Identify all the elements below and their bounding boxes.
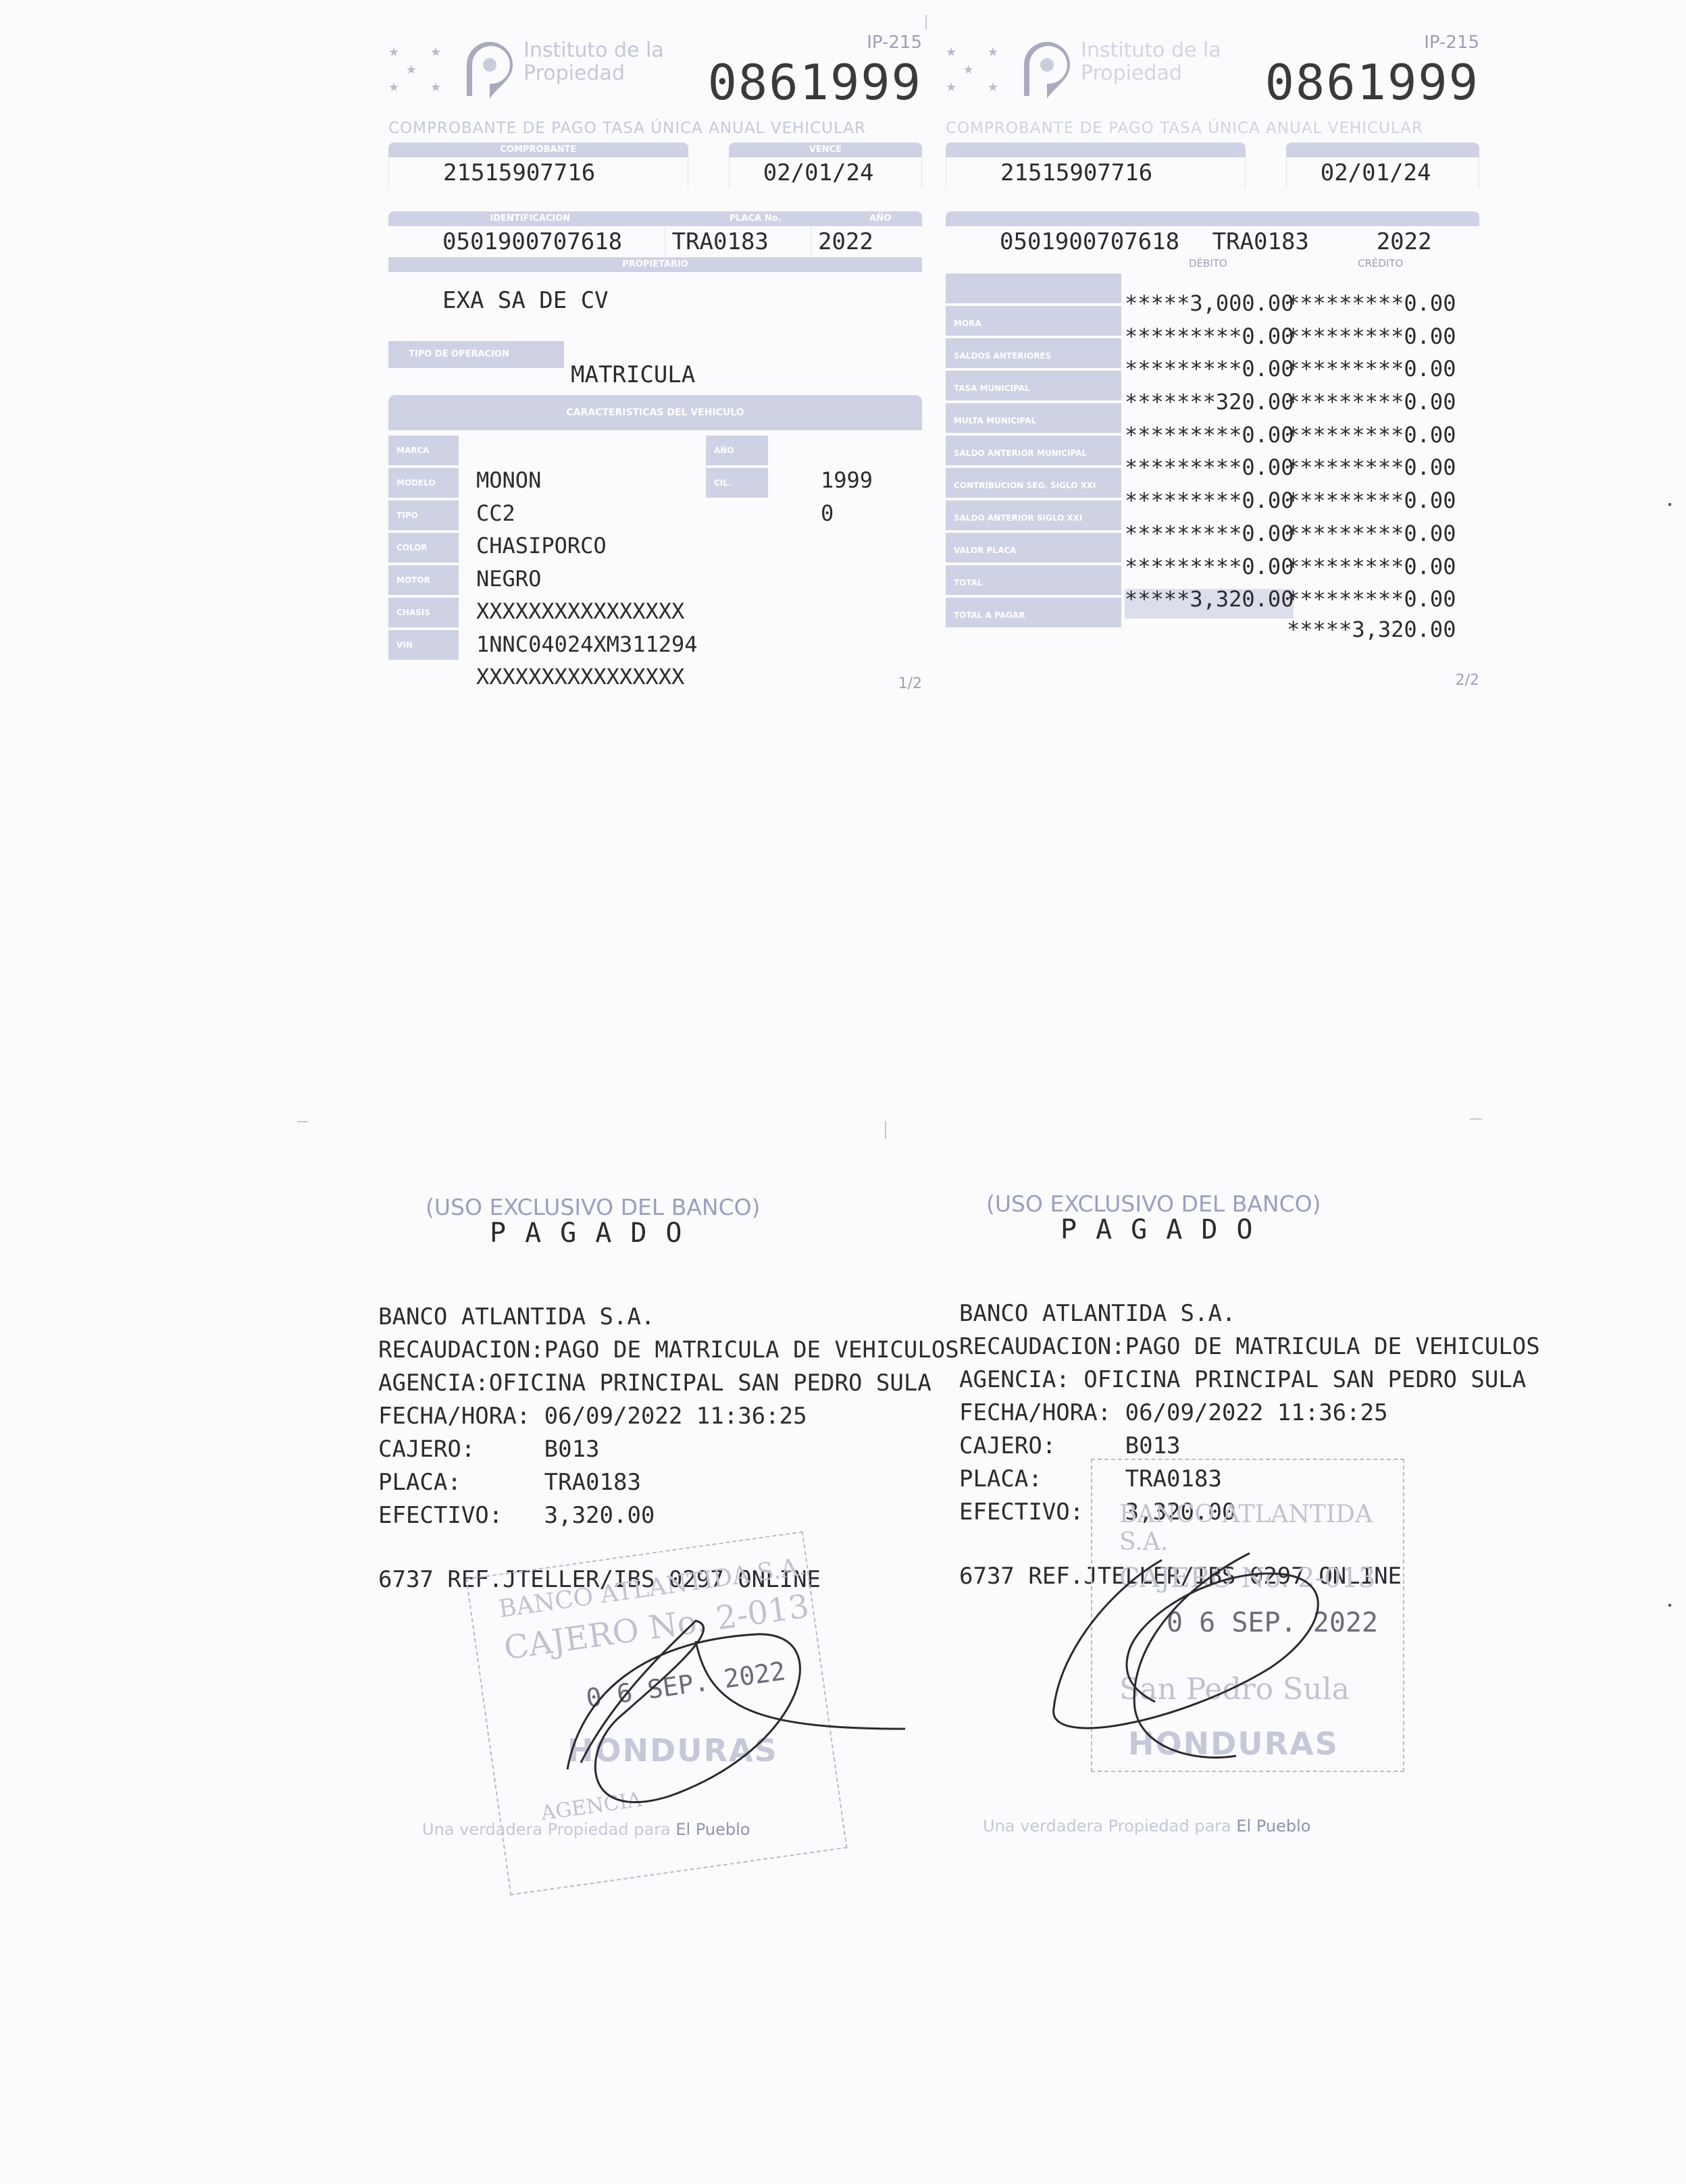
debit-value: *********0.00: [1125, 419, 1287, 452]
anio-value: 2022: [1350, 226, 1479, 257]
receipt-line: PLACA: TRA0183: [378, 1466, 932, 1499]
page-number: 1/2: [898, 675, 922, 692]
scan-mark: [1470, 1118, 1482, 1120]
form-code: IP-215: [1424, 32, 1479, 53]
ticket-header: ★ ★ ★★ ★ Instituto de la Propiedad IP-21…: [946, 27, 1479, 118]
signature-2: [1047, 1546, 1398, 1769]
scan-dot: [1668, 1604, 1671, 1607]
amount-row: *******320.00*********0.00: [1125, 386, 1456, 419]
propietario-label: PROPIETARIO: [388, 257, 922, 272]
receipt-line: RECAUDACION:PAGO DE MATRICULA DE VEHICUL…: [378, 1334, 932, 1367]
amount-row-label: MORA: [946, 306, 1121, 336]
vehicle-field-value: CHASIPORCO: [476, 529, 698, 563]
debit-value: *******320.00: [1125, 386, 1287, 419]
comprobante-label: COMPROBANTE: [388, 142, 688, 157]
slogan-text: Una verdadera Propiedad para: [983, 1817, 1236, 1836]
ticket-page-2: ★ ★ ★★ ★ Instituto de la Propiedad IP-21…: [946, 27, 1479, 652]
credit-value: *********0.00: [1287, 320, 1456, 353]
credit-header: CRÉDITO: [1358, 257, 1403, 269]
amount-column-headers: DÉBITO CRÉDITO: [946, 257, 1479, 274]
tipo-operacion-label: TIPO DE OPERACION: [388, 341, 564, 368]
amount-row: *********0.00*********0.00: [1125, 517, 1456, 550]
serial-number: 0861999: [1265, 54, 1479, 111]
receipt-line: CAJERO: B013: [959, 1430, 1513, 1463]
ticket-page-1: ★ ★ ★★ ★ Instituto de la Propiedad IP-21…: [388, 27, 922, 700]
total-to-pay-value: *****3,320.00: [1287, 617, 1456, 642]
comprobante-value: 21515907716: [946, 157, 1246, 188]
credit-value: *********0.00: [1287, 583, 1456, 616]
operation-row: TIPO DE OPERACION MATRICULA: [388, 334, 922, 388]
comprobante-value: 21515907716: [388, 157, 688, 188]
debit-value: *********0.00: [1125, 550, 1287, 583]
amount-row-label: MULTA MUNICIPAL: [946, 403, 1121, 433]
form-code: IP-215: [867, 32, 922, 53]
amount-row: *****3,320.00*********0.00: [1125, 583, 1456, 616]
scan-dot: [1668, 503, 1671, 506]
receipt-line: BANCO ATLANTIDA S.A.: [959, 1297, 1513, 1330]
debit-value: *********0.00: [1125, 353, 1287, 386]
slogan-emphasis: El Pueblo: [1236, 1817, 1310, 1836]
amount-row-label: SALDO ANTERIOR MUNICIPAL: [946, 436, 1121, 465]
receipt-line: EFECTIVO: 3,320.00: [378, 1499, 932, 1532]
vence-label: [1286, 142, 1479, 157]
placa-label: PLACA No.: [672, 211, 839, 226]
amount-row: *********0.00*********0.00: [1125, 320, 1456, 353]
vehicle-extra-label: AÑO: [706, 436, 768, 465]
institute-logo-icon: [463, 39, 517, 101]
vehicle-extra-value: 1999: [821, 464, 873, 497]
amounts-table: MORASALDOS ANTERIORESTASA MUNICIPALMULTA…: [946, 274, 1479, 652]
slogan: Una verdadera Propiedad para El Pueblo: [983, 1817, 1310, 1836]
vehicle-field-label: MARCA: [388, 436, 459, 465]
identification-label-bar: [946, 211, 1479, 226]
bank-only-label: (USO EXCLUSIVO DEL BANCO): [426, 1195, 932, 1220]
vehicle-field-label: COLOR: [388, 533, 459, 563]
vence-label: VENCE: [729, 142, 922, 157]
debit-value: *********0.00: [1125, 484, 1287, 517]
total-to-pay-label: TOTAL A PAGAR: [946, 598, 1121, 627]
amount-row-label: VALOR PLACA: [946, 533, 1121, 563]
comprobante-row: 21515907716 02/01/24: [946, 142, 1479, 188]
vence-value: 02/01/24: [1286, 157, 1479, 188]
receipt-line: FECHA/HORA: 06/09/2022 11:36:25: [959, 1397, 1513, 1430]
debit-value: *********0.00: [1125, 517, 1287, 550]
vehicle-field-value: XXXXXXXXXXXXXXXX: [476, 595, 698, 628]
receipt-line: BANCO ATLANTIDA S.A.: [378, 1301, 932, 1334]
amount-row: *********0.00*********0.00: [1125, 419, 1456, 452]
credit-value: *********0.00: [1287, 484, 1456, 517]
receipt-line: AGENCIA: OFICINA PRINCIPAL SAN PEDRO SUL…: [959, 1363, 1513, 1397]
credit-value: *********0.00: [1287, 386, 1456, 419]
receipt-line: AGENCIA:OFICINA PRINCIPAL SAN PEDRO SULA: [378, 1367, 932, 1400]
credit-value: *********0.00: [1287, 451, 1456, 484]
vehicle-field-label: CHASIS: [388, 598, 459, 627]
debit-value: *********0.00: [1125, 451, 1287, 484]
bank-only-label: (USO EXCLUSIVO DEL BANCO): [986, 1192, 1513, 1216]
institute-name: Instituto de la Propiedad: [523, 39, 679, 85]
receipt-line: RECAUDACION:PAGO DE MATRICULA DE VEHICUL…: [959, 1330, 1513, 1363]
vehicle-field-label: MOTOR: [388, 565, 459, 595]
amount-row: *********0.00*********0.00: [1125, 353, 1456, 386]
debit-value: *****3,000.00: [1125, 287, 1287, 320]
amount-row-label: SALDO ANTERIOR SIGLO XXI: [946, 500, 1121, 530]
debit-header: DÉBITO: [1189, 257, 1227, 269]
amount-row: *********0.00*********0.00: [1125, 484, 1456, 517]
vehicle-field-label: MODELO: [388, 468, 459, 498]
identification-block: IDENTIFICACION PLACA No. AÑO 05019007076…: [388, 211, 922, 257]
stars-decoration: ★ ★ ★★ ★: [388, 44, 463, 98]
amount-row: *****3,000.00*********0.00: [1125, 287, 1456, 320]
amount-row-label: TOTAL: [946, 565, 1121, 595]
identification-block: 0501900707618 TRA0183 2022: [946, 211, 1479, 257]
vehicle-field-value: XXXXXXXXXXXXXXXX: [476, 660, 698, 694]
credit-value: *********0.00: [1287, 419, 1456, 452]
credit-value: *********0.00: [1287, 550, 1456, 583]
page-number: 2/2: [1456, 672, 1479, 689]
identificacion-value: 0501900707618: [388, 226, 665, 257]
scan-mark: [925, 15, 927, 30]
credit-value: *********0.00: [1287, 353, 1456, 386]
debit-value: *********0.00: [1125, 320, 1287, 353]
vehicle-field-label: VIN: [388, 630, 459, 660]
vehicle-extra-value: 0: [821, 497, 873, 530]
ticket-header: ★ ★ ★★ ★ Instituto de la Propiedad IP-21…: [388, 27, 922, 118]
tipo-operacion-value: MATRICULA: [564, 361, 695, 388]
institute-name: Instituto de la Propiedad: [1081, 39, 1236, 85]
vehicle-field-value: NEGRO: [476, 563, 698, 596]
vence-value: 02/01/24: [729, 157, 922, 188]
amount-row: *********0.00*********0.00: [1125, 550, 1456, 583]
owner-value: EXA SA DE CV: [388, 272, 922, 334]
identificacion-value: 0501900707618: [946, 226, 1206, 257]
paid-status: PAGADO: [490, 1220, 932, 1247]
amount-row-label: [946, 274, 1121, 303]
stars-decoration: ★ ★ ★★ ★: [946, 44, 1020, 98]
vehicle-extra-label: CIL.: [706, 468, 768, 498]
receipt-line: FECHA/HORA: 06/09/2022 11:36:25: [378, 1400, 932, 1433]
identificacion-label: IDENTIFICACION: [388, 211, 672, 226]
serial-number: 0861999: [708, 54, 922, 111]
comprobante-row: COMPROBANTE 21515907716 VENCE 02/01/24: [388, 142, 922, 188]
scan-mark: [297, 1121, 308, 1122]
vehicle-field-value: MONON: [476, 464, 698, 497]
scan-mark: [885, 1121, 886, 1139]
amount-row: *********0.00*********0.00: [1125, 451, 1456, 484]
amount-row-label: CONTRIBUCION SEG. SIGLO XXI: [946, 468, 1121, 498]
credit-value: *********0.00: [1287, 287, 1456, 320]
signature-1: [540, 1614, 919, 1837]
credit-value: *********0.00: [1287, 517, 1456, 550]
vehicle-field-value: CC2: [476, 497, 698, 530]
anio-value: 2022: [811, 226, 922, 257]
placa-value: TRA0183: [665, 226, 811, 257]
vehicle-field-label: TIPO: [388, 500, 459, 530]
amount-row-label: TASA MUNICIPAL: [946, 371, 1121, 400]
institute-logo-icon: [1020, 39, 1074, 101]
document-title: COMPROBANTE DE PAGO TASA ÚNICA ANUAL VEH…: [388, 120, 922, 137]
debit-value: *****3,320.00: [1125, 583, 1287, 616]
caracteristicas-label: CARACTERISTICAS DEL VEHICULO: [388, 395, 922, 430]
paid-status: PAGADO: [1061, 1216, 1513, 1243]
vehicle-characteristics: MARCAMODELOTIPOCOLORMOTORCHASISVIN MONON…: [388, 430, 922, 700]
bank-receipt-1: (USO EXCLUSIVO DEL BANCO) PAGADO BANCO A…: [378, 1195, 932, 1596]
receipt-line: CAJERO: B013: [378, 1433, 932, 1466]
placa-value: TRA0183: [1206, 226, 1350, 257]
amount-row-label: SALDOS ANTERIORES: [946, 338, 1121, 368]
anio-label: AÑO: [839, 211, 922, 226]
comprobante-label: [946, 142, 1246, 157]
vehicle-field-value: 1NNC04024XM311294: [476, 628, 698, 661]
document-title: COMPROBANTE DE PAGO TASA ÚNICA ANUAL VEH…: [946, 120, 1479, 137]
